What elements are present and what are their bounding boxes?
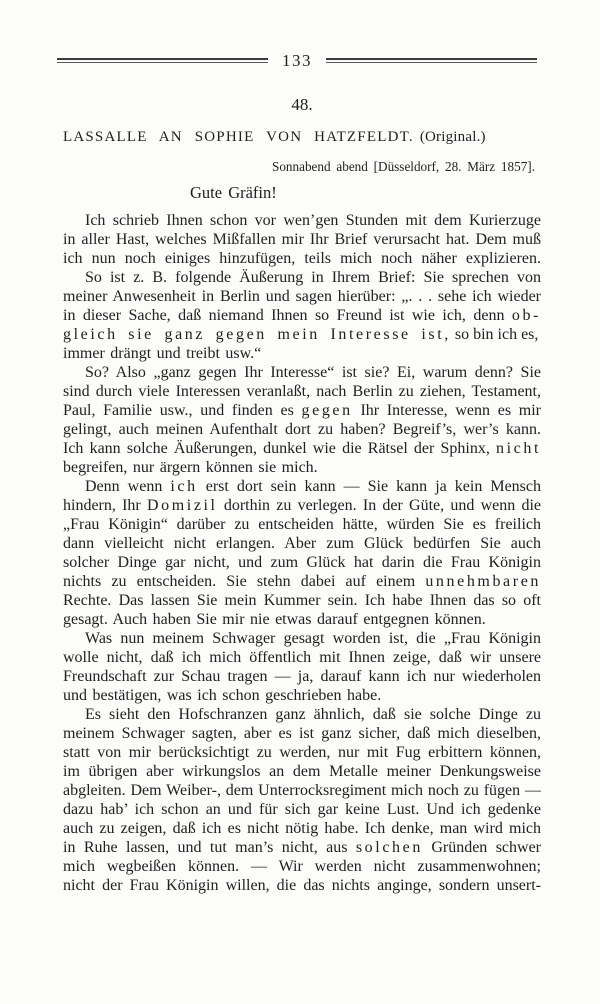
text-segment: „Frau Königin“ darüber zu entscheiden hä… [63, 516, 541, 533]
emphasized-segment: ich [170, 478, 197, 495]
header-rule-left [57, 58, 268, 63]
text-line: meiner Anwesenheit in Berlin und sagen h… [63, 287, 541, 306]
text-line: in Ruhe lassen, und tut man’s nicht, aus… [63, 838, 541, 857]
text-line: Was nun meinem Schwager gesagt worden is… [63, 629, 541, 648]
text-segment: dann vielleicht nicht erlangen. Aber zum… [63, 535, 541, 552]
text-line: Rechte. Das lassen Sie mein Kummer sein.… [63, 591, 541, 610]
text-line: und bestätigen, was ich schon geschriebe… [63, 686, 541, 705]
emphasized-segment: Domizil [147, 497, 218, 514]
text-line: abgleiten. Dem Weiber-, dem Unterrocksre… [63, 781, 541, 800]
text-segment: solcher Dinge gar nicht, und zum Glück h… [63, 554, 541, 571]
text-segment: dorthin zu verlegen. In der Güte, und we… [218, 497, 541, 514]
header-rule-right [326, 58, 537, 63]
text-line: dann vielleicht nicht erlangen. Aber zum… [63, 534, 541, 553]
text-segment: nicht der Frau Königin willen, die das n… [63, 877, 541, 894]
text-line: in dieser Sache, daß niemand Ihnen so Fr… [63, 306, 541, 325]
text-segment: So ist z. B. folgende Äußerung in Ihrem … [85, 269, 541, 286]
text-segment: begreifen, nur ärgern können sie mich. [63, 459, 318, 476]
text-segment: Freundschaft zur Schau tragen — ja, dara… [63, 668, 541, 685]
text-segment: in Ruhe lassen, und tut man’s nicht, aus [63, 839, 356, 856]
paragraph: Ich schrieb Ihnen schon vor wen’gen Stun… [63, 211, 541, 268]
letter-body: Ich schrieb Ihnen schon vor wen’gen Stun… [63, 211, 541, 895]
text-line: auch zu zeigen, daß ich es nicht nötig h… [63, 819, 541, 838]
emphasized-segment: nicht [496, 440, 541, 457]
text-line: gesagt. Auch haben Sie mir nie etwas dar… [63, 610, 541, 629]
emphasized-segment: solchen [356, 839, 423, 856]
text-segment: abgleiten. Dem Weiber-, dem Unterrocksre… [63, 782, 541, 799]
text-segment: in aller Hast, welches Mißfallen mir Ihr… [63, 231, 541, 248]
text-segment: wolle nicht, daß ich mich öffentlich mit… [63, 649, 541, 666]
text-line: „Frau Königin“ darüber zu entscheiden hä… [63, 515, 541, 534]
text-segment: ich nun noch einiges hinzufügen, teils m… [63, 250, 541, 267]
emphasized-segment: ob- [512, 307, 541, 324]
text-segment: immer drängt und treibt usw.“ [63, 345, 261, 362]
text-line: begreifen, nur ärgern können sie mich. [63, 458, 541, 477]
text-segment: mich wegbeißen können. — Wir werden nich… [63, 858, 541, 875]
salutation: Gute Gräfin! [190, 183, 541, 203]
text-segment: dazu hab’ ich schon an und für sich gar … [63, 801, 541, 818]
text-line: mich wegbeißen können. — Wir werden nich… [63, 857, 541, 876]
text-line: nichts zu entscheiden. Sie stehn dabei a… [63, 572, 541, 591]
paragraph: Es sieht den Hofschranzen ganz ähnlich, … [63, 705, 541, 895]
text-segment: nichts zu entscheiden. Sie stehn dabei a… [63, 573, 425, 590]
text-line: wolle nicht, daß ich mich öffentlich mit… [63, 648, 541, 667]
text-segment: Rechte. Das lassen Sie mein Kummer sein.… [63, 592, 541, 609]
text-segment: Ich schrieb Ihnen schon vor wen’gen Stun… [85, 212, 541, 229]
text-line: Ich kann solche Äußerungen, dunkel wie d… [63, 439, 541, 458]
dateline: Sonnabend abend [Düsseldorf, 28. März 18… [63, 158, 541, 175]
text-segment: Es sieht den Hofschranzen ganz ähnlich, … [85, 706, 541, 723]
text-segment: Ihr Interesse, wenn es mir [353, 402, 541, 419]
text-segment: erst dort sein kann — Sie kann ja kein M… [198, 478, 541, 495]
text-line: So ist z. B. folgende Äußerung in Ihrem … [63, 268, 541, 287]
emphasized-segment: gleich sie ganz gegen mein Interesse ist… [63, 326, 451, 343]
text-segment: statt von mir berücksichtigt zu werden, … [63, 744, 541, 761]
text-segment: so bin ich es, die [451, 326, 541, 343]
text-segment: meinem Schwager sagten, aber es ist ganz… [63, 725, 541, 742]
text-line: Es sieht den Hofschranzen ganz ähnlich, … [63, 705, 541, 724]
text-line: immer drängt und treibt usw.“ [63, 344, 541, 363]
text-segment: Denn wenn [85, 478, 170, 495]
section-number: 48. [63, 96, 541, 114]
text-line: gelingt, auch meinen Aufenthalt dort zu … [63, 420, 541, 439]
paragraph: So? Also „ganz gegen Ihr Interesse“ ist … [63, 363, 541, 477]
text-line: meinem Schwager sagten, aber es ist ganz… [63, 724, 541, 743]
letter-heading: LASSALLE AN SOPHIE VON HATZFELDT.(Origin… [63, 128, 541, 146]
text-segment: hindern, Ihr [63, 497, 147, 514]
letter-title: LASSALLE AN SOPHIE VON HATZFELDT. [63, 129, 414, 145]
book-page: 133 48. LASSALLE AN SOPHIE VON HATZFELDT… [0, 0, 600, 1004]
text-line: im übrigen aber wirkungslos an dem Metal… [63, 762, 541, 781]
text-segment: So? Also „ganz gegen Ihr Interesse“ ist … [85, 364, 541, 381]
title-original-note: (Original.) [420, 129, 486, 145]
text-line: Ich schrieb Ihnen schon vor wen’gen Stun… [63, 211, 541, 230]
text-segment: Was nun meinem Schwager gesagt worden is… [85, 630, 541, 647]
text-segment: im übrigen aber wirkungslos an dem Metal… [63, 763, 541, 780]
text-segment: und bestätigen, was ich schon geschriebe… [63, 687, 381, 704]
paragraph: Was nun meinem Schwager gesagt worden is… [63, 629, 541, 705]
running-head: 133 [63, 51, 541, 70]
page-number: 133 [268, 51, 326, 71]
text-segment: sind durch viele Interessen veranlaßt, n… [63, 383, 541, 400]
text-segment: Ich kann solche Äußerungen, dunkel wie d… [63, 440, 496, 457]
text-line: in aller Hast, welches Mißfallen mir Ihr… [63, 230, 541, 249]
text-line: nicht der Frau Königin willen, die das n… [63, 876, 541, 895]
text-line: Freundschaft zur Schau tragen — ja, dara… [63, 667, 541, 686]
text-line: gleich sie ganz gegen mein Interesse ist… [63, 325, 541, 344]
text-line: So? Also „ganz gegen Ihr Interesse“ ist … [63, 363, 541, 382]
text-segment: gesagt. Auch haben Sie mir nie etwas dar… [63, 611, 486, 628]
text-line: statt von mir berücksichtigt zu werden, … [63, 743, 541, 762]
emphasized-segment: gegen [302, 402, 353, 419]
emphasized-segment: unnehmbaren [425, 573, 541, 590]
text-segment: Paul, Familie usw., und finden es [63, 402, 302, 419]
text-line: dazu hab’ ich schon an und für sich gar … [63, 800, 541, 819]
text-segment: gelingt, auch meinen Aufenthalt dort zu … [63, 421, 541, 438]
text-line: ich nun noch einiges hinzufügen, teils m… [63, 249, 541, 268]
text-line: Denn wenn ich erst dort sein kann — Sie … [63, 477, 541, 496]
text-segment: meiner Anwesenheit in Berlin und sagen h… [63, 288, 541, 305]
text-line: sind durch viele Interessen veranlaßt, n… [63, 382, 541, 401]
paragraph: So ist z. B. folgende Äußerung in Ihrem … [63, 268, 541, 363]
text-line: Paul, Familie usw., und finden es gegen … [63, 401, 541, 420]
paragraph: Denn wenn ich erst dort sein kann — Sie … [63, 477, 541, 629]
text-segment: in dieser Sache, daß niemand Ihnen so Fr… [63, 307, 512, 324]
text-segment: auch zu zeigen, daß ich es nicht nötig h… [63, 820, 541, 837]
text-line: solcher Dinge gar nicht, und zum Glück h… [63, 553, 541, 572]
text-line: hindern, Ihr Domizil dorthin zu verlegen… [63, 496, 541, 515]
text-segment: Gründen schwer [423, 839, 541, 856]
